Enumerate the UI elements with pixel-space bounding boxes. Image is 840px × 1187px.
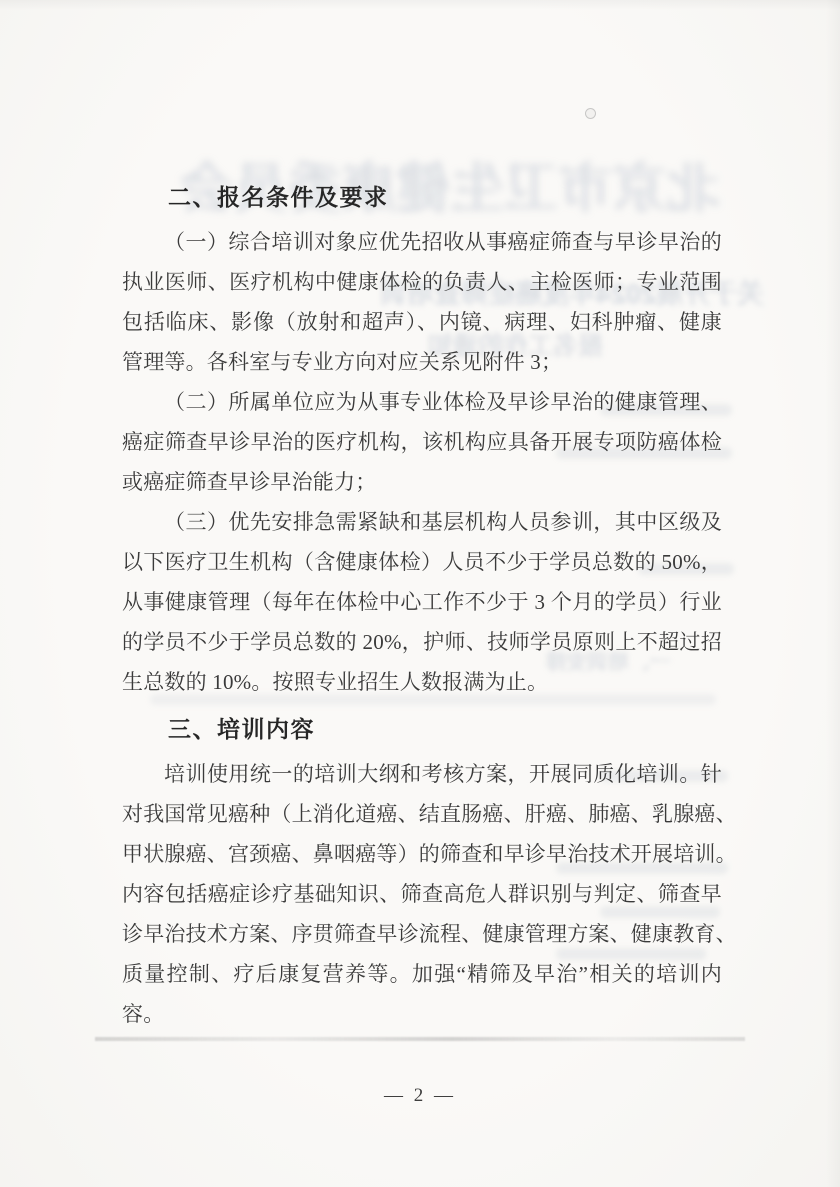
body-line: 癌症筛查早诊早治的医疗机构，该机构应具备开展专项防癌体检 (122, 422, 722, 462)
body-line: 生总数的 10%。按照专业招生人数报满为止。 (122, 662, 722, 702)
paragraph: （二）所属单位应为从事专业体检及早诊早治的健康管理、 癌症筛查早诊早治的医疗机构… (122, 382, 722, 502)
body-line: 从事健康管理（每年在体检中心工作不少于 3 个月的学员）行业 (122, 582, 722, 622)
paragraph: 培训使用统一的培训大纲和考核方案，开展同质化培训。针 对我国常见癌种（上消化道癌… (122, 754, 722, 1034)
body-line: 内容包括癌症诊疗基础知识、筛查高危人群识别与判定、筛查早 (122, 874, 722, 914)
body-line: 管理等。各科室与专业方向对应关系见附件 3； (122, 342, 722, 382)
scan-artifact-line (95, 1037, 745, 1041)
paragraph: （一）综合培训对象应优先招收从事癌症筛查与早诊早治的 执业医师、医疗机构中健康体… (122, 222, 722, 382)
body-line: 甲状腺癌、宫颈癌、鼻咽癌等）的筛查和早诊早治技术开展培训。 (122, 834, 722, 874)
body-line: 对我国常见癌种（上消化道癌、结直肠癌、肝癌、肺癌、乳腺癌、 (122, 794, 722, 834)
body-line: （三）优先安排急需紧缺和基层机构人员参训，其中区级及 (122, 502, 722, 542)
body-line: 的学员不少于学员总数的 20%，护师、技师学员原则上不超过招 (122, 622, 722, 662)
body-line: 包括临床、影像（放射和超声）、内镜、病理、妇科肿瘤、健康 (122, 302, 722, 342)
body-line: 诊早治技术方案、序贯筛查早诊流程、健康管理方案、健康教育、 (122, 914, 722, 954)
document-body: 二、报名条件及要求 （一）综合培训对象应优先招收从事癌症筛查与早诊早治的 执业医… (122, 176, 722, 1034)
scan-artifact-dot (585, 108, 596, 119)
section-heading-registration-requirements: 二、报名条件及要求 (122, 176, 722, 218)
body-line: （二）所属单位应为从事专业体检及早诊早治的健康管理、 (122, 382, 722, 422)
body-line: （一）综合培训对象应优先招收从事癌症筛查与早诊早治的 (122, 222, 722, 262)
body-line: 质量控制、疗后康复营养等。加强“精筛及早治”相关的培训内 (122, 954, 722, 994)
body-line: 或癌症筛查早诊早治能力； (122, 462, 722, 502)
body-line: 容。 (122, 994, 722, 1034)
body-line: 培训使用统一的培训大纲和考核方案，开展同质化培训。针 (122, 754, 722, 794)
body-line: 执业医师、医疗机构中健康体检的负责人、主检医师；专业范围 (122, 262, 722, 302)
scanned-document-page: 北京市卫生健康委员会 关于开展2024年度癌症筛查培训 报名工作的通知 一、培训… (0, 0, 840, 1187)
page-number: — 2 — (0, 1085, 840, 1107)
paragraph: （三）优先安排急需紧缺和基层机构人员参训，其中区级及 以下医疗卫生机构（含健康体… (122, 502, 722, 702)
body-line: 以下医疗卫生机构（含健康体检）人员不少于学员总数的 50%， (122, 542, 722, 582)
section-heading-training-content: 三、培训内容 (122, 708, 722, 750)
